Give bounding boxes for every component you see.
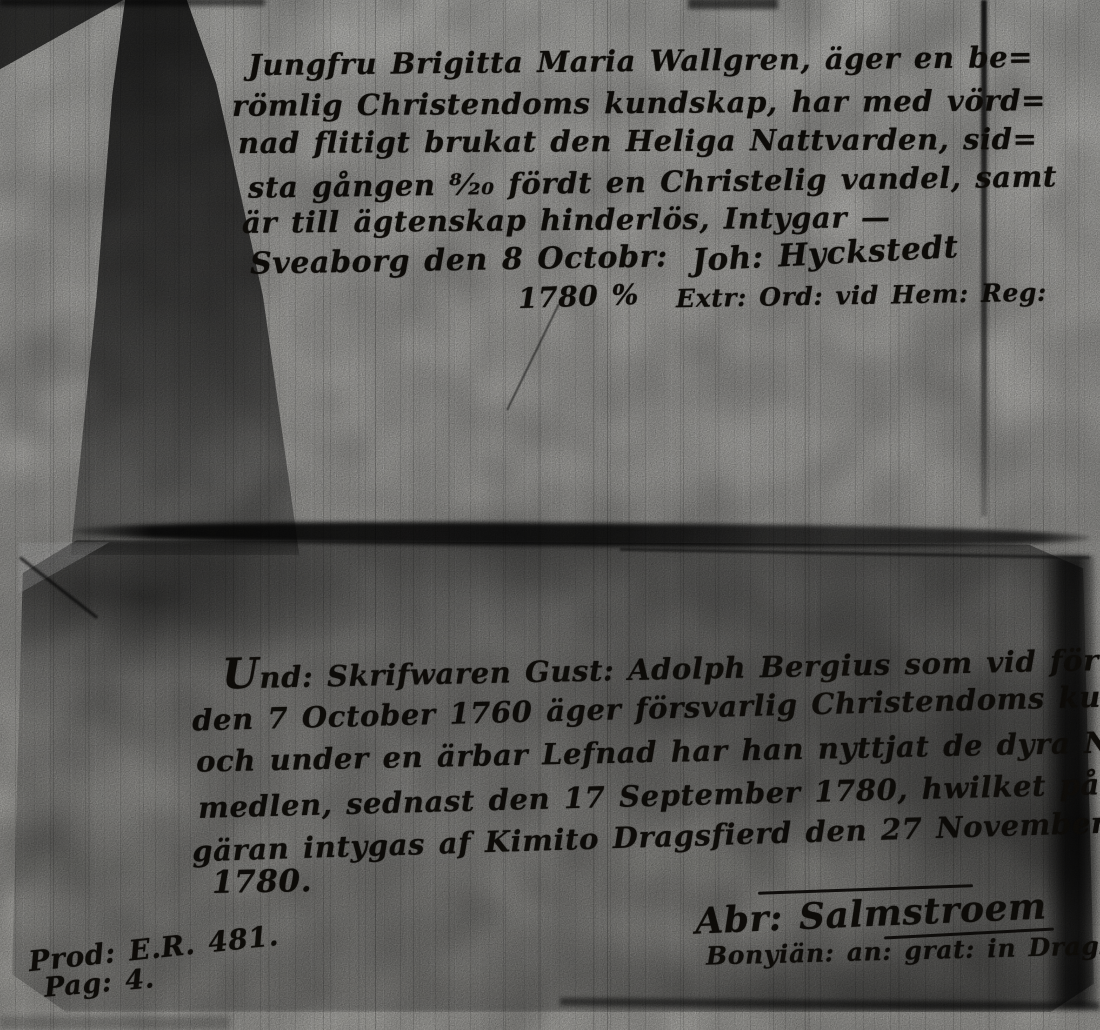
bottom-edge-smudge [0,1016,230,1030]
dateline-year: 1780 % [517,278,639,315]
dateline-place: Sveaborg den 8 Octobr: [250,239,668,281]
handwritten-line: nad flitigt brukat den Heliga Nattvarden… [238,122,1038,160]
handwritten-line: är till ägtenskap hinderlös, Intygar — [242,200,891,240]
top-edge-shadow [0,0,265,6]
top-edge-mark [688,0,778,9]
handwritten-line: römlig Christendoms kundskap, har med vö… [232,83,1046,123]
handwritten-line: 1780. [212,863,313,901]
vertical-fold-line [981,0,987,516]
scan-page: Jungfru Brigitta Maria Wallgren, äger en… [0,0,1100,1030]
